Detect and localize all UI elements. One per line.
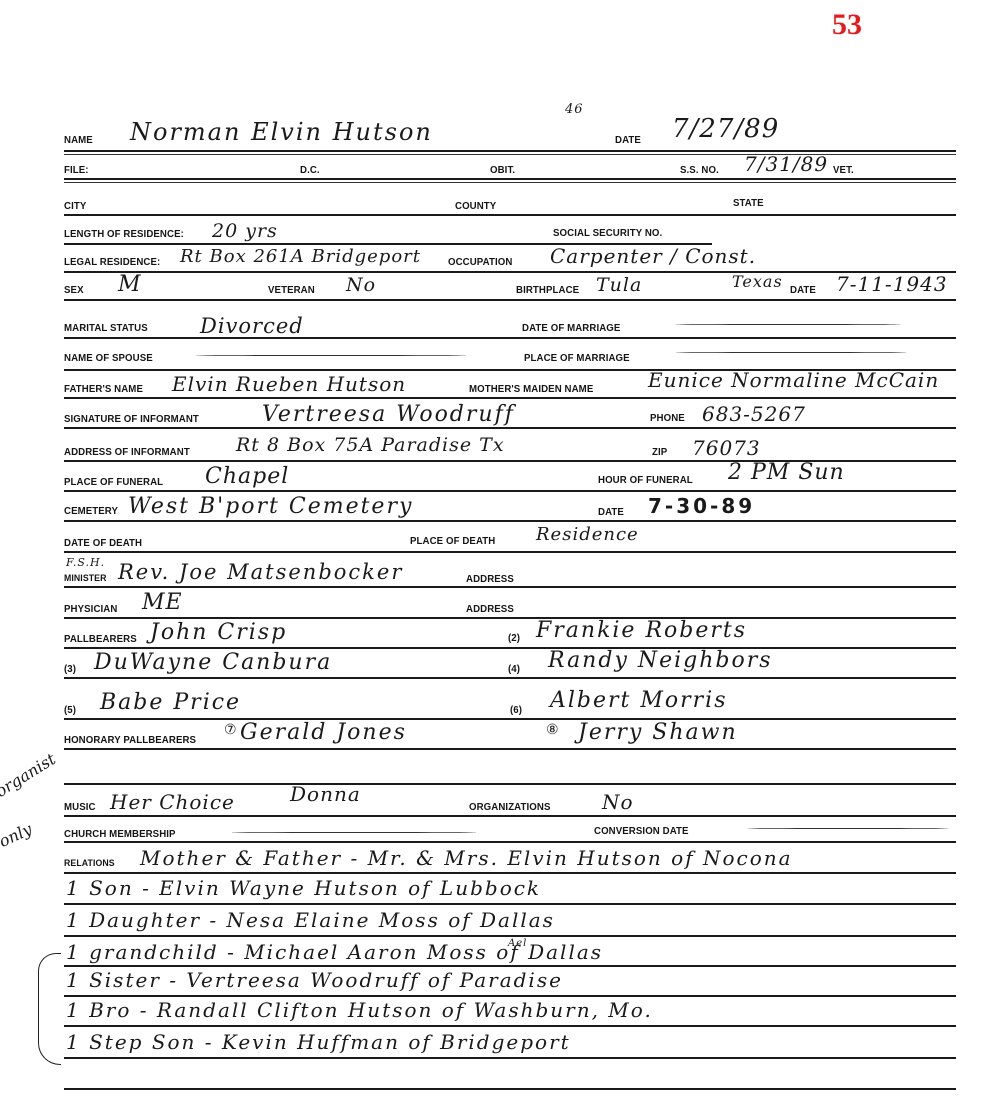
value-pallbearer-2[interactable]: Frankie Roberts: [536, 618, 747, 643]
dash-church-membership: [232, 832, 476, 833]
value-honorary-8[interactable]: Jerry Shawn: [578, 720, 738, 745]
label-pb3: (3): [64, 663, 76, 675]
value-sex[interactable]: M: [118, 272, 142, 297]
rule-relations-6: [64, 1025, 956, 1027]
label-pb6: (6): [510, 704, 522, 716]
label-place-of-marriage: PLACE OF MARRIAGE: [524, 352, 630, 364]
label-phone: PHONE: [650, 412, 685, 424]
label-place-of-funeral: PLACE OF FUNERAL: [64, 476, 163, 488]
label-date-of-marriage: DATE OF MARRIAGE: [522, 322, 620, 334]
value-birthplace-city[interactable]: Tula: [596, 274, 642, 296]
label-church-membership: CHURCH MEMBERSHIP: [64, 828, 176, 840]
value-honorary-7[interactable]: Gerald Jones: [240, 720, 407, 745]
rule-church: [64, 841, 956, 843]
rule-honorary: [64, 748, 956, 750]
dash-date-of-marriage: [676, 324, 900, 325]
label-place-of-death: PLACE OF DEATH: [410, 535, 495, 547]
value-pallbearer-5[interactable]: Babe Price: [100, 690, 241, 715]
label-name: NAME: [64, 134, 93, 146]
value-age-note: 46: [565, 102, 584, 117]
rule-father: [64, 397, 956, 399]
rule-relations-1: [64, 872, 956, 874]
value-minister[interactable]: Rev. Joe Matsenbocker: [118, 560, 403, 584]
value-cemetery[interactable]: West B'port Cemetery: [128, 494, 413, 519]
rule-city: [64, 214, 956, 216]
relation-line-1[interactable]: Mother & Father - Mr. & Mrs. Elvin Hutso…: [140, 846, 793, 870]
value-marital-status[interactable]: Divorced: [200, 314, 304, 338]
label-zip: ZIP: [652, 446, 667, 458]
label-hour-of-funeral: HOUR OF FUNERAL: [598, 474, 693, 486]
label-state: STATE: [733, 197, 764, 209]
label-pb4: (4): [508, 663, 520, 675]
dash-name-of-spouse: [196, 355, 466, 356]
label-birth-date: DATE: [790, 284, 816, 296]
rule-signature: [64, 427, 956, 429]
label-pb2: (2): [508, 632, 520, 644]
value-date[interactable]: 7/27/89: [672, 114, 779, 144]
label-ss-no: S.S. NO.: [680, 164, 719, 176]
dash-place-of-marriage: [676, 352, 906, 353]
rule-file: [64, 178, 956, 180]
value-name[interactable]: Norman Elvin Hutson: [130, 118, 433, 146]
rule-relations-8: [64, 1088, 956, 1090]
rule-physician: [64, 617, 956, 619]
label-length-of-residence: LENGTH OF RESIDENCE:: [64, 228, 184, 240]
label-dc: D.C.: [300, 164, 320, 176]
value-cemetery-date[interactable]: 7-30-89: [648, 494, 755, 518]
rule-relations-7: [64, 1057, 956, 1059]
label-minister: MINISTER: [64, 573, 107, 584]
rule-blank: [64, 783, 956, 785]
rule-legal: [64, 271, 956, 273]
value-signature-of-informant[interactable]: Vertreesa Woodruff: [262, 402, 515, 427]
value-minister-note: F.S.H.: [66, 556, 105, 569]
label-cemetery: CEMETERY: [64, 505, 118, 517]
page-number: 53: [832, 8, 862, 42]
label-address-of-informant: ADDRESS OF INFORMANT: [64, 446, 190, 458]
label-social-security-no: SOCIAL SECURITY NO.: [553, 227, 662, 239]
label-physician-address: ADDRESS: [466, 603, 514, 615]
value-birth-date[interactable]: 7-11-1943: [836, 272, 948, 296]
rule-relations-2: [64, 903, 956, 905]
rule-pallbearers-3: [64, 718, 956, 720]
relation-line-5[interactable]: 1 Sister - Vertreesa Woodruff of Paradis…: [66, 968, 563, 992]
rule-minister: [64, 586, 956, 588]
value-pallbearer-1[interactable]: John Crisp: [150, 620, 287, 645]
label-organizations: ORGANIZATIONS: [469, 801, 551, 813]
label-date-of-death: DATE OF DEATH: [64, 537, 142, 549]
margin-note-only: only: [0, 819, 35, 851]
value-occupation[interactable]: Carpenter / Const.: [550, 244, 756, 268]
value-mothers-maiden-name[interactable]: Eunice Normaline McCain: [648, 368, 939, 392]
relation-line-3[interactable]: 1 Daughter - Nesa Elaine Moss of Dallas: [66, 908, 555, 932]
label-minister-address: ADDRESS: [466, 573, 514, 585]
label-music: MUSIC: [64, 801, 96, 813]
value-physician[interactable]: ME: [142, 590, 183, 615]
value-address-of-informant[interactable]: Rt 8 Box 75A Paradise Tx: [236, 434, 505, 456]
label-conversion-date: CONVERSION DATE: [594, 825, 689, 837]
label-legal-residence: LEGAL RESIDENCE:: [64, 256, 160, 268]
label-pb5: (5): [64, 704, 76, 716]
rule-relations-5: [64, 995, 956, 997]
value-length-of-residence[interactable]: 20 yrs: [212, 220, 278, 242]
value-hour-of-funeral[interactable]: 2 PM Sun: [728, 460, 845, 485]
rule-music: [64, 815, 956, 817]
dash-conversion-date: [748, 828, 948, 829]
label-city: CITY: [64, 200, 86, 212]
relations-bracket: [38, 953, 61, 1065]
rule-sex: [64, 299, 956, 301]
label-physician: PHYSICIAN: [64, 603, 117, 615]
label-date: DATE: [615, 134, 641, 146]
value-legal-residence[interactable]: Rt Box 261A Bridgeport: [180, 246, 421, 267]
value-birthplace-state[interactable]: Texas: [732, 272, 783, 291]
label-honorary-pallbearers: HONORARY PALLBEARERS: [64, 734, 196, 746]
honorary-7-marker: ⑦: [224, 722, 238, 738]
relation-line-7[interactable]: 1 Step Son - Kevin Huffman of Bridgeport: [66, 1030, 571, 1054]
value-phone[interactable]: 683-5267: [702, 402, 806, 426]
label-pallbearers: PALLBEARERS: [64, 633, 137, 645]
value-pallbearer-6[interactable]: Albert Morris: [550, 688, 728, 713]
label-relations: RELATIONS: [64, 858, 115, 869]
value-fathers-name[interactable]: Elvin Rueben Hutson: [172, 372, 406, 396]
rule-relations-3: [64, 935, 956, 937]
relation-line-2[interactable]: 1 Son - Elvin Wayne Hutson of Lubbock: [66, 876, 541, 900]
rule-pallbearers-1: [64, 647, 956, 649]
relation-line-6[interactable]: 1 Bro - Randall Clifton Hutson of Washbu…: [66, 998, 653, 1022]
label-name-of-spouse: NAME OF SPOUSE: [64, 352, 153, 364]
label-mothers-maiden-name: MOTHER'S MAIDEN NAME: [469, 383, 593, 395]
value-pallbearer-3[interactable]: DuWayne Canbura: [94, 650, 332, 675]
label-vet: VET.: [833, 164, 854, 176]
rule-relations-4: [64, 965, 956, 967]
label-birthplace: BIRTHPLACE: [516, 284, 579, 296]
label-county: COUNTY: [455, 200, 496, 212]
value-organizations[interactable]: No: [602, 790, 634, 814]
value-zip[interactable]: 76073: [692, 436, 761, 460]
label-fathers-name: FATHER'S NAME: [64, 383, 143, 395]
honorary-8-marker: ⑧: [546, 722, 560, 738]
value-ss-no[interactable]: 7/31/89: [744, 152, 828, 176]
value-music[interactable]: Her Choice: [110, 790, 235, 814]
label-file: FILE:: [64, 164, 89, 176]
margin-note-organist: organist: [0, 749, 59, 801]
rule-death: [64, 551, 956, 553]
label-cemetery-date: DATE: [598, 506, 624, 518]
label-obit: OBIT.: [490, 164, 515, 176]
value-veteran[interactable]: No: [346, 274, 376, 296]
rule-cemetery: [64, 520, 956, 522]
rule-funeral: [64, 490, 956, 492]
rule-pallbearers-2: [64, 677, 956, 679]
rule-marital: [64, 337, 956, 339]
label-marital-status: MARITAL STATUS: [64, 322, 148, 334]
label-signature-of-informant: SIGNATURE OF INFORMANT: [64, 413, 199, 425]
label-sex: SEX: [64, 284, 84, 296]
relation-line-4[interactable]: 1 grandchild - Michael Aaron Moss of Dal…: [66, 940, 603, 964]
value-pallbearer-4[interactable]: Randy Neighbors: [548, 648, 773, 673]
value-music-note: Donna: [290, 782, 361, 806]
value-place-of-funeral[interactable]: Chapel: [205, 464, 289, 489]
label-occupation: OCCUPATION: [448, 256, 512, 268]
value-place-of-death[interactable]: Residence: [536, 524, 639, 545]
label-veteran: VETERAN: [268, 284, 315, 296]
